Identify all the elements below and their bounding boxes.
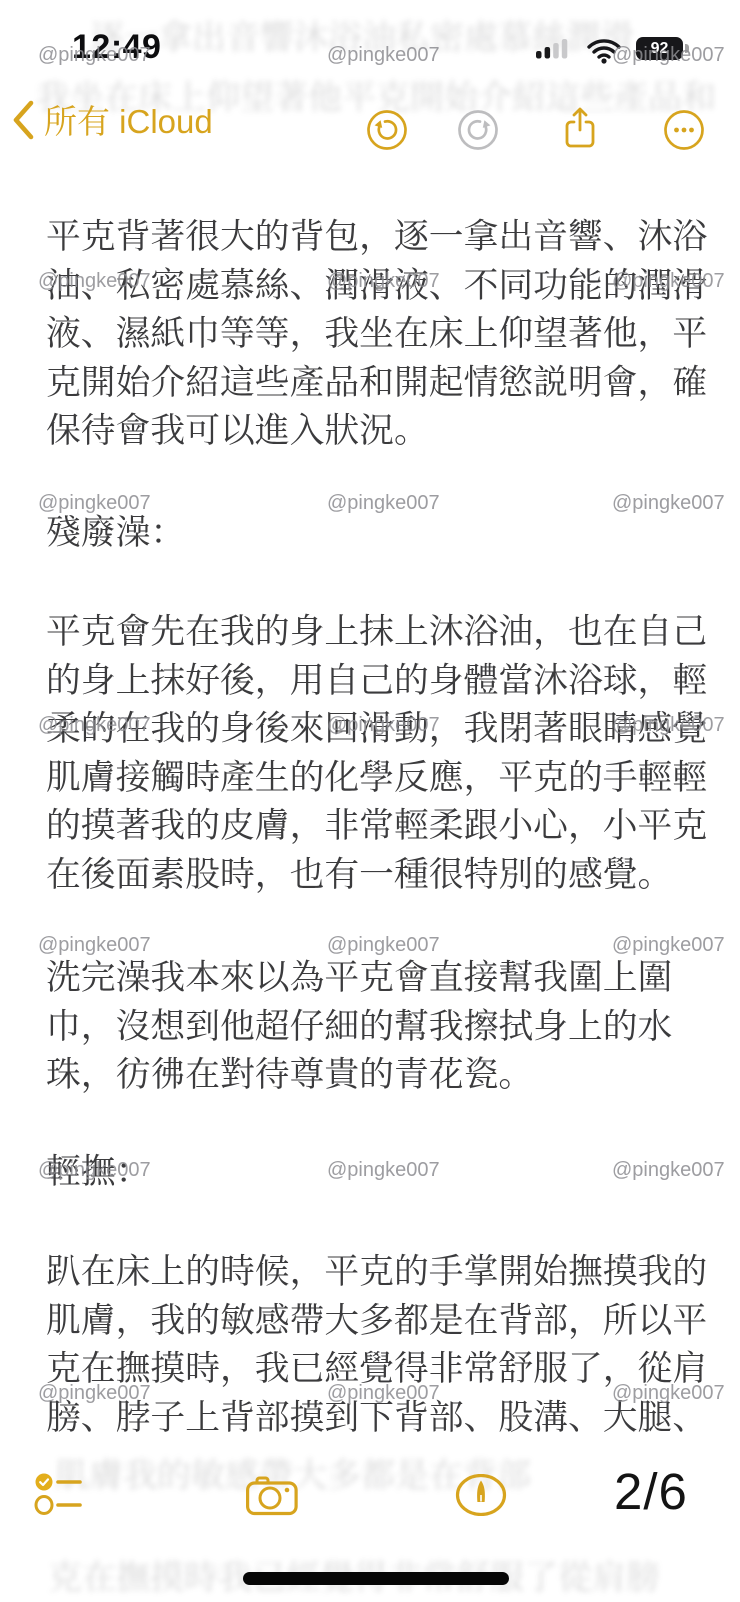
undo-icon[interactable]: [365, 108, 409, 152]
wifi-icon: [586, 36, 622, 64]
back-button[interactable]: 所有 iCloud: [10, 96, 213, 143]
back-button-label: 所有 iCloud: [44, 96, 213, 143]
note-paragraph: 洗完澡我本來以為平克會直接幫我圍上圍 巾，沒想到他超仔細的幫我擦拭身上的水 珠，…: [46, 954, 714, 1100]
note-paragraph: 趴在床上的時候，平克的手掌開始撫摸我的 肌膚，我的敏感帶大多都是在背部，所以平 …: [46, 1248, 714, 1442]
cellular-signal-icon: [536, 39, 568, 59]
note-paragraph: 平克背著很大的背包，逐一拿出音響、沐浴 油、私密處慕絲、潤滑液、不同功能的潤滑 …: [46, 213, 714, 456]
more-options-icon[interactable]: [662, 108, 706, 152]
page-indicator: 2/6: [614, 1462, 714, 1521]
share-icon[interactable]: [558, 104, 602, 152]
camera-icon[interactable]: [246, 1474, 298, 1516]
battery-percent: 92: [651, 40, 669, 58]
battery-cap: [685, 44, 689, 53]
checklist-icon[interactable]: [34, 1472, 86, 1518]
note-heading: 殘廢澡：: [46, 509, 714, 558]
home-indicator[interactable]: [243, 1572, 509, 1585]
battery-icon: 92: [636, 37, 683, 60]
chevron-left-icon: [10, 98, 36, 142]
nav-bar: 所有 iCloud: [0, 96, 740, 166]
redo-icon[interactable]: [456, 108, 500, 152]
watermark-text: @pingke007: [327, 44, 440, 67]
markup-pen-icon[interactable]: [455, 1474, 507, 1516]
note-paragraph: 平克會先在我的身上抹上沐浴油，也在自己 的身上抹好後，用自己的身體當沐浴球，輕 …: [46, 608, 714, 899]
note-heading: 輕撫：: [46, 1148, 714, 1197]
status-time: 12:49: [72, 28, 161, 67]
